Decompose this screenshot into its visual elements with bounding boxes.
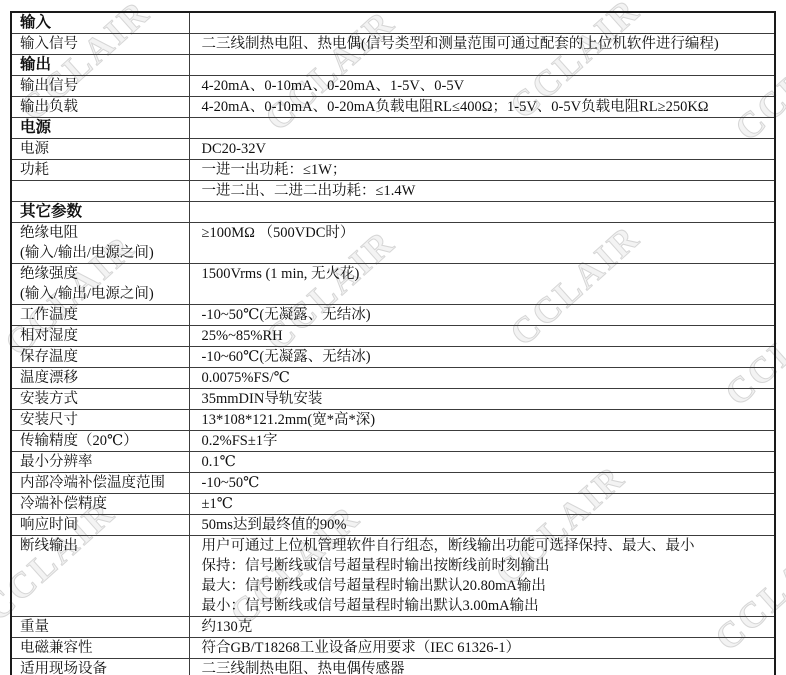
table-row: 温度漂移 0.0075%FS/℃ (11, 368, 775, 389)
table-row: 传输精度（20℃） 0.2%FS±1字 (11, 431, 775, 452)
spec-label: 冷端补偿精度 (11, 494, 189, 515)
spec-label: 重量 (11, 617, 189, 638)
spec-value: DC20-32V (189, 139, 775, 160)
spec-label: 保存温度 (11, 347, 189, 368)
spec-label: 绝缘强度 (输入/输出/电源之间) (11, 264, 189, 305)
spec-label: 传输精度（20℃） (11, 431, 189, 452)
table-row: 安装方式 35mmDIN导轨安装 (11, 389, 775, 410)
spec-value: 0.2%FS±1字 (189, 431, 775, 452)
table-row: 冷端补偿精度 ±1℃ (11, 494, 775, 515)
table-row: 输入信号 二三线制热电阻、热电偶(信号类型和测量范围可通过配套的上位机软件进行编… (11, 34, 775, 55)
section-value (189, 12, 775, 34)
table-row: 响应时间 50ms达到最终值的90% (11, 515, 775, 536)
table-row: 输出信号 4-20mA、0-10mA、0-20mA、1-5V、0-5V (11, 76, 775, 97)
table-row: 输出负载 4-20mA、0-10mA、0-20mA负载电阻RL≤400Ω；1-5… (11, 97, 775, 118)
table-row: 适用现场设备 二三线制热电阻、热电偶传感器 (11, 659, 775, 675)
spec-label: 适用现场设备 (11, 659, 189, 675)
spec-label: 响应时间 (11, 515, 189, 536)
spec-label: 最小分辨率 (11, 452, 189, 473)
spec-label: 功耗 (11, 160, 189, 181)
section-row-output: 输出 (11, 55, 775, 76)
table-row: 安装尺寸 13*108*121.2mm(宽*高*深) (11, 410, 775, 431)
spec-value: -10~50℃(无凝露、无结冰) (189, 305, 775, 326)
spec-label: 内部冷端补偿温度范围 (11, 473, 189, 494)
spec-value: 1500Vrms (1 min, 无火花) (189, 264, 775, 305)
spec-label: 温度漂移 (11, 368, 189, 389)
section-value (189, 202, 775, 223)
section-row-input: 输入 (11, 12, 775, 34)
table-row: 绝缘电阻 (输入/输出/电源之间) ≥100MΩ （500VDC时） (11, 223, 775, 264)
spec-value: -10~50℃ (189, 473, 775, 494)
section-value (189, 118, 775, 139)
spec-value: 二三线制热电阻、热电偶传感器 (189, 659, 775, 675)
section-label: 输入 (11, 12, 189, 34)
spec-value: 0.1℃ (189, 452, 775, 473)
section-label: 其它参数 (11, 202, 189, 223)
spec-value: 一进二出、二进二出功耗：≤1.4W (189, 181, 775, 202)
table-row: 保存温度 -10~60℃(无凝露、无结冰) (11, 347, 775, 368)
spec-label: 安装尺寸 (11, 410, 189, 431)
section-row-power: 电源 (11, 118, 775, 139)
spec-label: 绝缘电阻 (输入/输出/电源之间) (11, 223, 189, 264)
spec-value: 50ms达到最终值的90% (189, 515, 775, 536)
section-label: 输出 (11, 55, 189, 76)
table-row: 绝缘强度 (输入/输出/电源之间) 1500Vrms (1 min, 无火花) (11, 264, 775, 305)
table-row: 重量 约130克 (11, 617, 775, 638)
section-value (189, 55, 775, 76)
spec-value: 二三线制热电阻、热电偶(信号类型和测量范围可通过配套的上位机软件进行编程) (189, 34, 775, 55)
spec-label: 相对湿度 (11, 326, 189, 347)
spec-value: 约130克 (189, 617, 775, 638)
table-row: 相对湿度 25%~85%RH (11, 326, 775, 347)
spec-value: ≥100MΩ （500VDC时） (189, 223, 775, 264)
spec-label: 输出负载 (11, 97, 189, 118)
spec-label: 输出信号 (11, 76, 189, 97)
spec-label: 工作温度 (11, 305, 189, 326)
spec-value: 0.0075%FS/℃ (189, 368, 775, 389)
section-label: 电源 (11, 118, 189, 139)
spec-value: 35mmDIN导轨安装 (189, 389, 775, 410)
table-row: 工作温度 -10~50℃(无凝露、无结冰) (11, 305, 775, 326)
spec-label: 电源 (11, 139, 189, 160)
spec-value: 符合GB/T18268工业设备应用要求（IEC 61326-1） (189, 638, 775, 659)
spec-label: 安装方式 (11, 389, 189, 410)
spec-label: 输入信号 (11, 34, 189, 55)
spec-table: 输入 输入信号 二三线制热电阻、热电偶(信号类型和测量范围可通过配套的上位机软件… (10, 11, 776, 675)
table-row: 电磁兼容性 符合GB/T18268工业设备应用要求（IEC 61326-1） (11, 638, 775, 659)
table-row: 电源 DC20-32V (11, 139, 775, 160)
section-row-other-params: 其它参数 (11, 202, 775, 223)
table-row: 内部冷端补偿温度范围 -10~50℃ (11, 473, 775, 494)
spec-label (11, 181, 189, 202)
spec-value: 4-20mA、0-10mA、0-20mA、1-5V、0-5V (189, 76, 775, 97)
spec-value: 4-20mA、0-10mA、0-20mA负载电阻RL≤400Ω；1-5V、0-5… (189, 97, 775, 118)
table-row: 一进二出、二进二出功耗：≤1.4W (11, 181, 775, 202)
spec-sheet-page: CCLAIR CCLAIR CCLAIR CCLAIR CCLAIR CCLAI… (0, 0, 786, 675)
spec-value: 13*108*121.2mm(宽*高*深) (189, 410, 775, 431)
table-row: 最小分辨率 0.1℃ (11, 452, 775, 473)
table-row: 功耗 一进一出功耗：≤1W； (11, 160, 775, 181)
spec-label: 电磁兼容性 (11, 638, 189, 659)
spec-value: -10~60℃(无凝露、无结冰) (189, 347, 775, 368)
spec-value: ±1℃ (189, 494, 775, 515)
spec-value: 一进一出功耗：≤1W； (189, 160, 775, 181)
spec-value: 25%~85%RH (189, 326, 775, 347)
table-row: 断线输出 用户可通过上位机管理软件自行组态，断线输出功能可选择保持、最大、最小 … (11, 536, 775, 617)
spec-label: 断线输出 (11, 536, 189, 617)
spec-value: 用户可通过上位机管理软件自行组态，断线输出功能可选择保持、最大、最小 保持：信号… (189, 536, 775, 617)
